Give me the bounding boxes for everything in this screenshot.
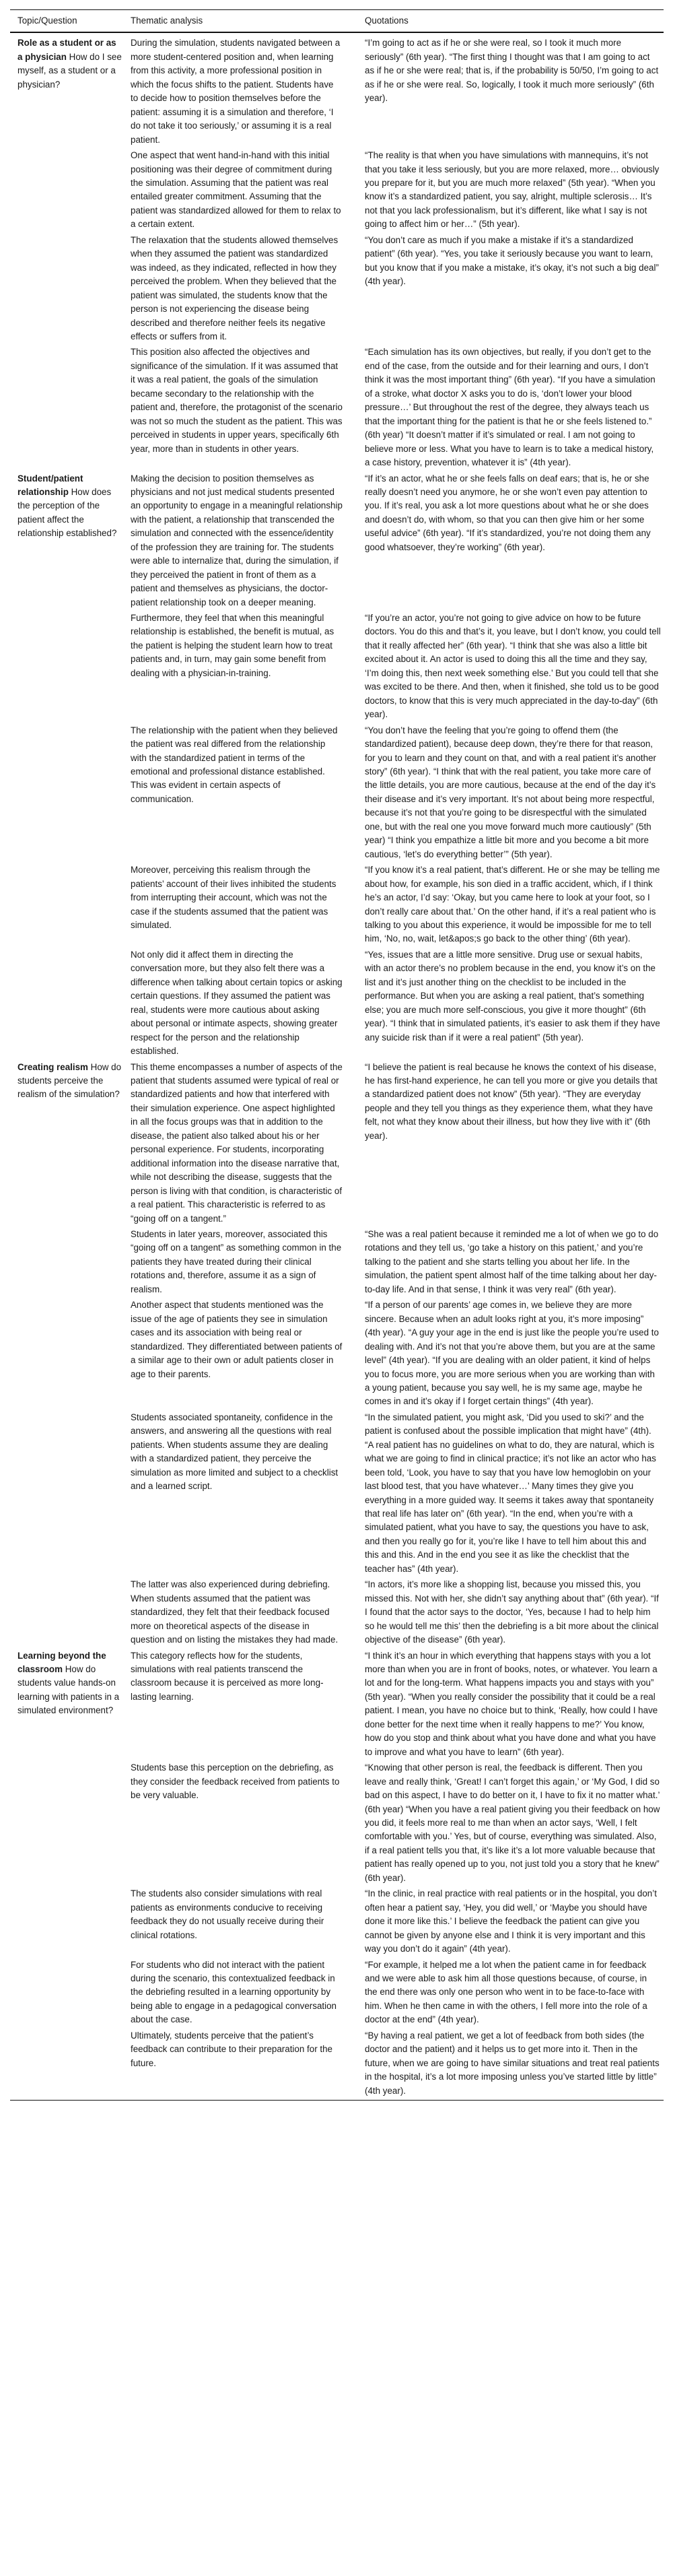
thematic-analysis-cell: One aspect that went hand-in-hand with t… xyxy=(123,147,355,232)
table-row: Another aspect that students mentioned w… xyxy=(10,1297,664,1410)
quotation-cell: “I think it’s an hour in which everythin… xyxy=(355,1648,664,1760)
quotation-cell: “Yes, issues that are a little more sens… xyxy=(355,947,664,1059)
topic-cell xyxy=(10,232,123,345)
quotation-cell: “In the clinic, in real practice with re… xyxy=(355,1886,664,1956)
table-row: The relationship with the patient when t… xyxy=(10,723,664,863)
table-row: The latter was also experienced during d… xyxy=(10,1577,664,1647)
quotation-cell: “If you’re an actor, you’re not going to… xyxy=(355,610,664,723)
quotation-cell: “If it’s an actor, what he or she feels … xyxy=(355,471,664,611)
topic-cell xyxy=(10,1886,123,1956)
table-row: Ultimately, students perceive that the p… xyxy=(10,2028,664,2101)
quotation-cell: “Each simulation has its own objectives,… xyxy=(355,344,664,470)
quotation-cell: “In actors, it’s more like a shopping li… xyxy=(355,1577,664,1647)
thematic-analysis-cell: This theme encompasses a number of aspec… xyxy=(123,1059,355,1226)
thematic-analysis-cell: The relaxation that the students allowed… xyxy=(123,232,355,345)
quotation-cell: “Knowing that other person is real, the … xyxy=(355,1760,664,1886)
topic-cell xyxy=(10,1297,123,1410)
thematic-analysis-cell: Not only did it affect them in directing… xyxy=(123,947,355,1059)
topic-cell xyxy=(10,1957,123,2028)
quotation-cell: “I believe the patient is real because h… xyxy=(355,1059,664,1226)
header-quotations: Quotations xyxy=(355,10,664,33)
topic-cell xyxy=(10,1226,123,1297)
header-thematic-analysis: Thematic analysis xyxy=(123,10,355,33)
topic-title: Creating realism xyxy=(17,1062,88,1072)
topic-cell xyxy=(10,147,123,232)
table-row: Moreover, perceiving this realism throug… xyxy=(10,862,664,947)
topic-cell: Role as a student or as a physician How … xyxy=(10,32,123,147)
quotation-cell: “If a person of our parents’ age comes i… xyxy=(355,1297,664,1410)
quotation-cell: “If you know it’s a real patient, that’s… xyxy=(355,862,664,947)
thematic-analysis-cell: The latter was also experienced during d… xyxy=(123,1577,355,1647)
quotation-cell: “I’m going to act as if he or she were r… xyxy=(355,32,664,147)
thematic-analysis-cell: The students also consider simulations w… xyxy=(123,1886,355,1956)
thematic-analysis-cell: Students in later years, moreover, assoc… xyxy=(123,1226,355,1297)
thematic-analysis-cell: Students associated spontaneity, confide… xyxy=(123,1410,355,1577)
table-row: Learning beyond the classroom How do stu… xyxy=(10,1648,664,1760)
table-row: This position also affected the objectiv… xyxy=(10,344,664,470)
topic-cell xyxy=(10,947,123,1059)
quotation-cell: “You don’t have the feeling that you’re … xyxy=(355,723,664,863)
table-header: Topic/Question Thematic analysis Quotati… xyxy=(10,10,664,33)
topic-cell xyxy=(10,610,123,723)
table-row: Role as a student or as a physician How … xyxy=(10,32,664,147)
thematic-analysis-cell: Ultimately, students perceive that the p… xyxy=(123,2028,355,2101)
table-row: Students in later years, moreover, assoc… xyxy=(10,1226,664,1297)
thematic-analysis-cell: Students base this perception on the deb… xyxy=(123,1760,355,1886)
header-topic-question: Topic/Question xyxy=(10,10,123,33)
quotation-cell: “She was a real patient because it remin… xyxy=(355,1226,664,1297)
thematic-analysis-cell: This category reflects how for the stude… xyxy=(123,1648,355,1760)
quotation-cell: “The reality is that when you have simul… xyxy=(355,147,664,232)
thematic-analysis-table: Topic/Question Thematic analysis Quotati… xyxy=(10,9,664,2101)
quotation-cell: “By having a real patient, we get a lot … xyxy=(355,2028,664,2101)
table-body: Role as a student or as a physician How … xyxy=(10,32,664,2100)
topic-cell: Student/patient relationship How does th… xyxy=(10,471,123,611)
table-row: Students associated spontaneity, confide… xyxy=(10,1410,664,1577)
table-row: Students base this perception on the deb… xyxy=(10,1760,664,1886)
table-row: Student/patient relationship How does th… xyxy=(10,471,664,611)
thematic-analysis-cell: Furthermore, they feel that when this me… xyxy=(123,610,355,723)
topic-cell xyxy=(10,1410,123,1577)
table-row: The students also consider simulations w… xyxy=(10,1886,664,1956)
topic-cell xyxy=(10,2028,123,2101)
table-row: The relaxation that the students allowed… xyxy=(10,232,664,345)
thematic-analysis-cell: Another aspect that students mentioned w… xyxy=(123,1297,355,1410)
thematic-analysis-cell: This position also affected the objectiv… xyxy=(123,344,355,470)
table-row: Creating realism How do students perceiv… xyxy=(10,1059,664,1226)
topic-cell xyxy=(10,862,123,947)
table-row: Furthermore, they feel that when this me… xyxy=(10,610,664,723)
topic-cell xyxy=(10,1760,123,1886)
thematic-analysis-cell: For students who did not interact with t… xyxy=(123,1957,355,2028)
quotation-cell: “For example, it helped me a lot when th… xyxy=(355,1957,664,2028)
topic-cell xyxy=(10,723,123,863)
quotation-cell: “In the simulated patient, you might ask… xyxy=(355,1410,664,1577)
topic-cell: Learning beyond the classroom How do stu… xyxy=(10,1648,123,1760)
table-row: For students who did not interact with t… xyxy=(10,1957,664,2028)
document-page: Topic/Question Thematic analysis Quotati… xyxy=(0,0,673,2111)
table-row: Not only did it affect them in directing… xyxy=(10,947,664,1059)
thematic-analysis-cell: During the simulation, students navigate… xyxy=(123,32,355,147)
thematic-analysis-cell: Making the decision to position themselv… xyxy=(123,471,355,611)
quotation-cell: “You don’t care as much if you make a mi… xyxy=(355,232,664,345)
table-row: One aspect that went hand-in-hand with t… xyxy=(10,147,664,232)
thematic-analysis-cell: Moreover, perceiving this realism throug… xyxy=(123,862,355,947)
thematic-analysis-cell: The relationship with the patient when t… xyxy=(123,723,355,863)
topic-cell xyxy=(10,344,123,470)
header-row: Topic/Question Thematic analysis Quotati… xyxy=(10,10,664,33)
topic-cell: Creating realism How do students perceiv… xyxy=(10,1059,123,1226)
topic-cell xyxy=(10,1577,123,1647)
